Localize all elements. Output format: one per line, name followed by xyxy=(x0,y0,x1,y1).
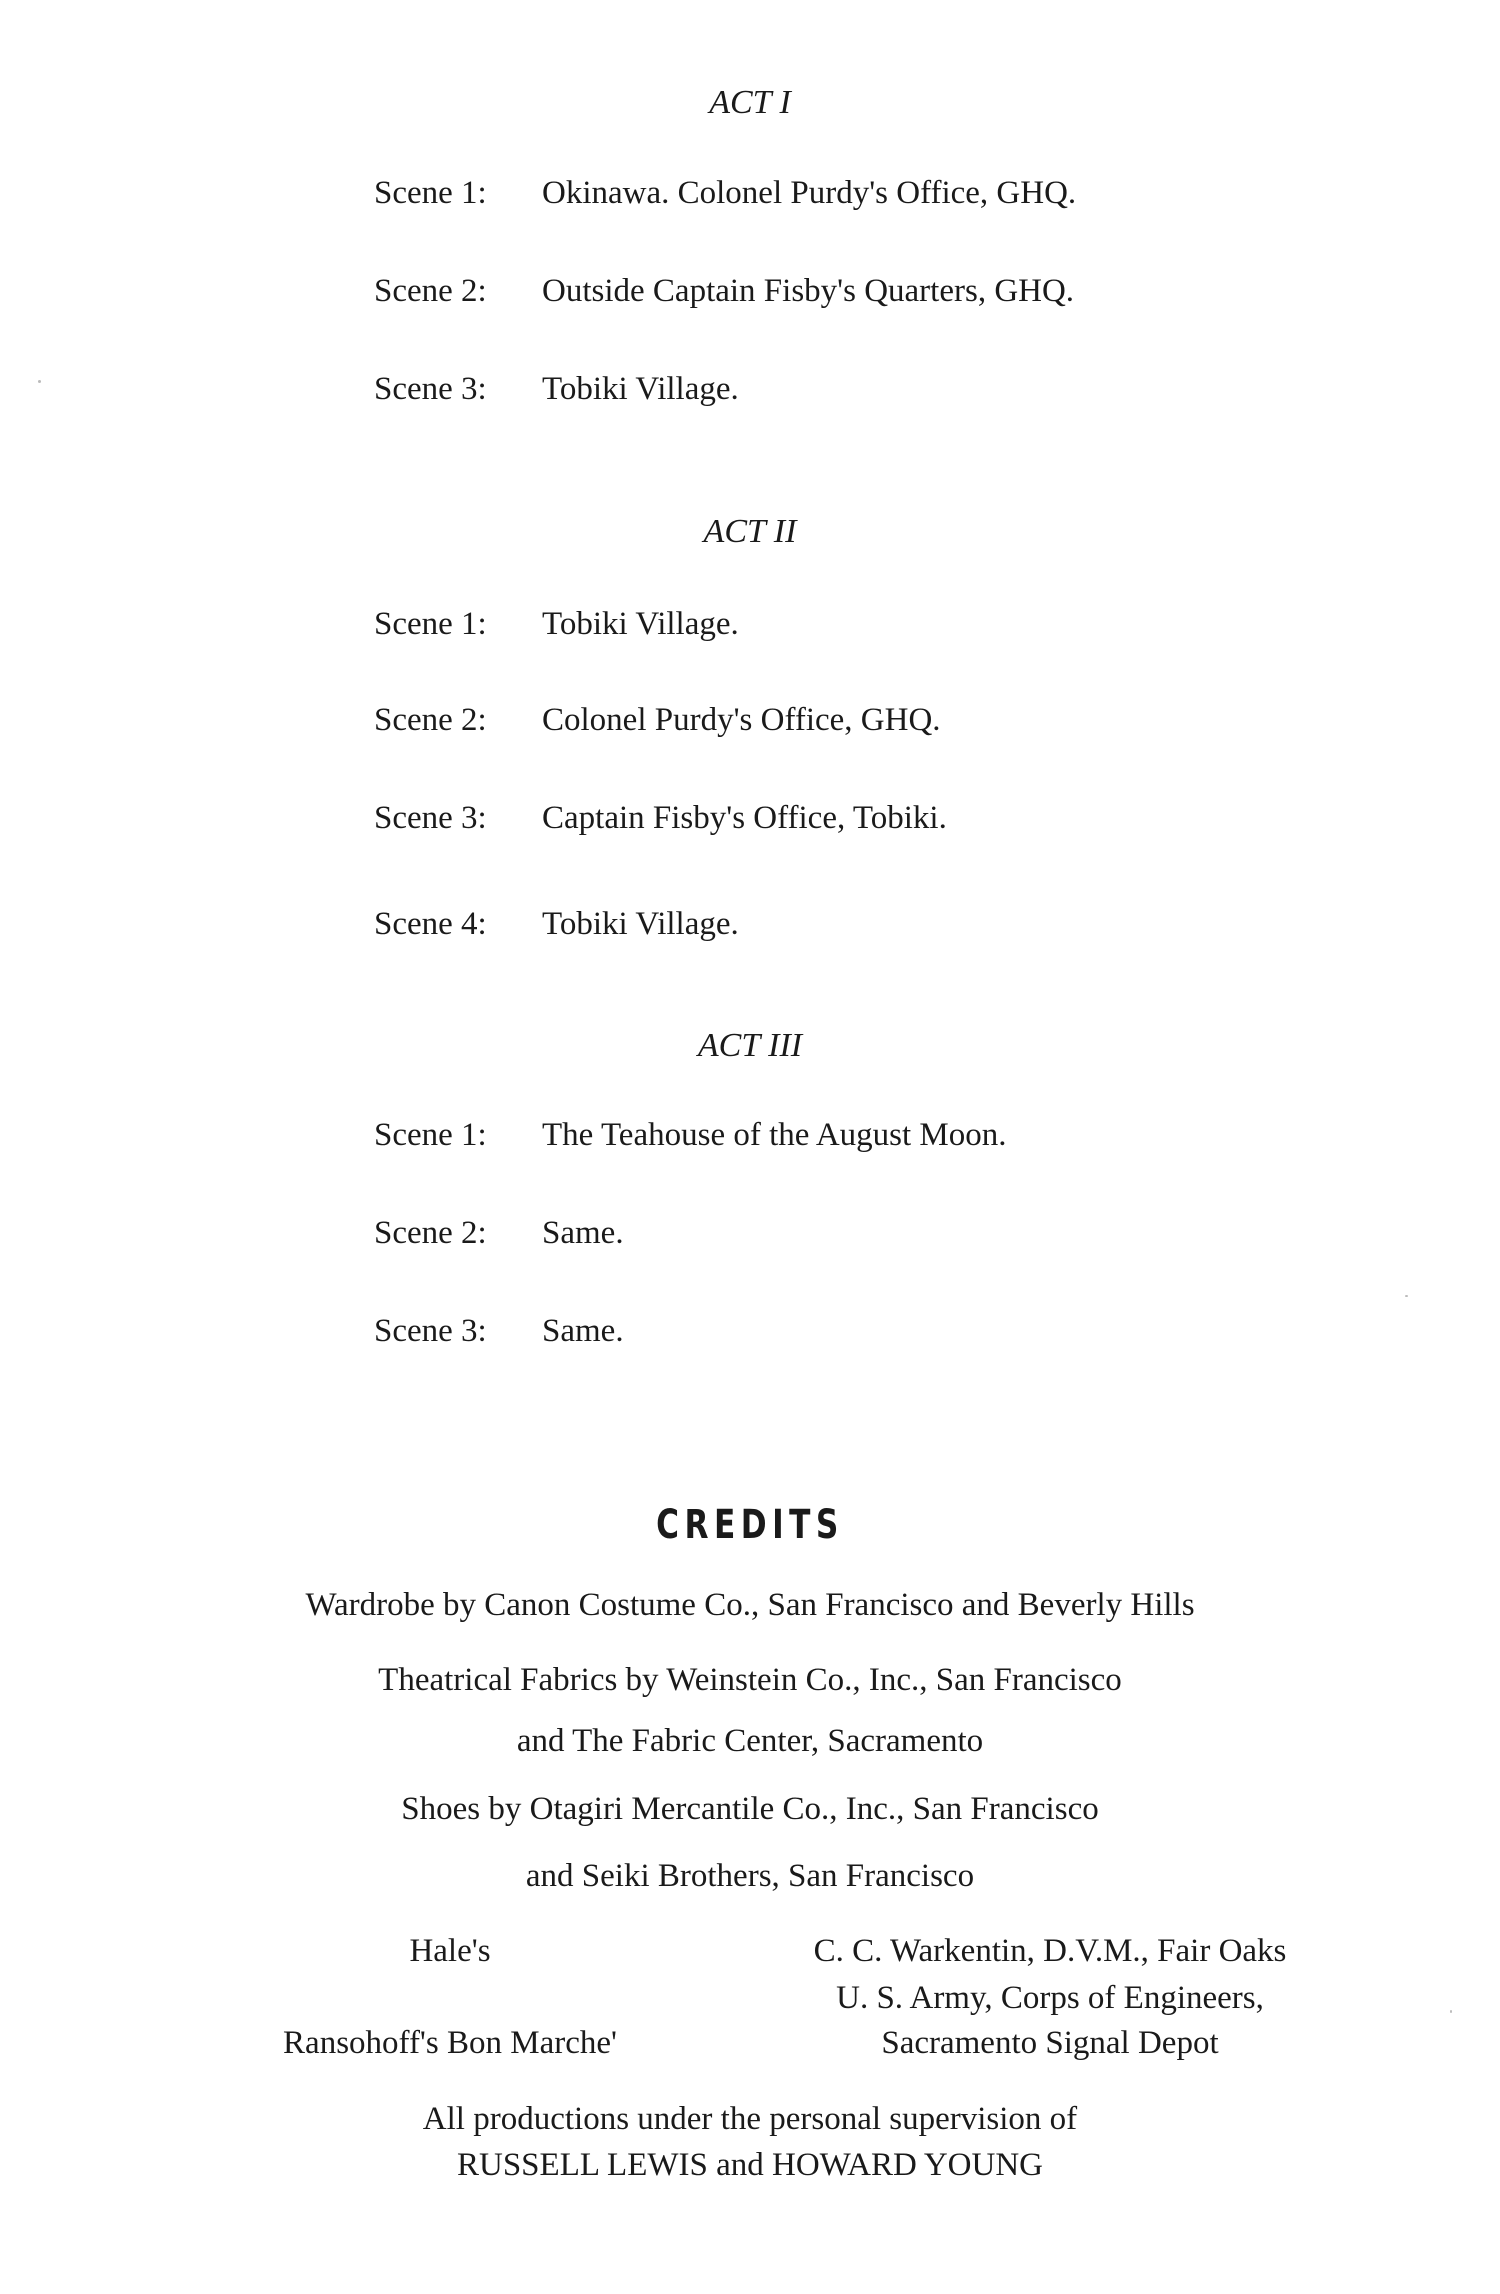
scene-setting: Outside Captain Fisby's Quarters, GHQ. xyxy=(542,273,1074,310)
scan-speck xyxy=(1405,1295,1408,1297)
scene-label: Scene 3: xyxy=(374,371,487,408)
scene-label: Scene 1: xyxy=(374,606,487,643)
scene-setting: Same. xyxy=(542,1215,624,1252)
scene-setting: Colonel Purdy's Office, GHQ. xyxy=(542,702,941,739)
scene-label: Scene 3: xyxy=(374,1313,487,1350)
scene-setting: Tobiki Village. xyxy=(542,606,739,643)
scene-setting: Tobiki Village. xyxy=(542,371,739,408)
credit-left-item: Ransohoff's Bon Marche' xyxy=(200,2025,700,2062)
act-title: ACT I xyxy=(0,84,1500,122)
scene-setting: Same. xyxy=(542,1313,624,1350)
credit-line: and The Fabric Center, Sacramento xyxy=(0,1723,1500,1760)
scene-label: Scene 2: xyxy=(374,1215,487,1252)
scene-label: Scene 1: xyxy=(374,1117,487,1154)
scene-label: Scene 2: xyxy=(374,273,487,310)
supervision-line: All productions under the personal super… xyxy=(0,2101,1500,2138)
credit-line: and Seiki Brothers, San Francisco xyxy=(0,1858,1500,1895)
scene-label: Scene 3: xyxy=(374,800,487,837)
scene-setting: Captain Fisby's Office, Tobiki. xyxy=(542,800,947,837)
scene-label: Scene 1: xyxy=(374,175,487,212)
credit-right-item: U. S. Army, Corps of Engineers, xyxy=(740,1980,1360,2017)
scan-speck xyxy=(1450,2010,1452,2013)
act-title: ACT II xyxy=(0,513,1500,551)
credit-right-item: C. C. Warkentin, D.V.M., Fair Oaks xyxy=(740,1933,1360,1970)
credits-heading: CREDITS xyxy=(165,1502,1335,1548)
credit-right-item: Sacramento Signal Depot xyxy=(740,2025,1360,2062)
credit-line: Wardrobe by Canon Costume Co., San Franc… xyxy=(0,1587,1500,1624)
credit-left-item: Hale's xyxy=(300,1933,600,1970)
supervision-names: RUSSELL LEWIS and HOWARD YOUNG xyxy=(0,2147,1500,2184)
scene-label: Scene 2: xyxy=(374,702,487,739)
act-title: ACT III xyxy=(0,1027,1500,1065)
scene-setting: Tobiki Village. xyxy=(542,906,739,943)
scene-label: Scene 4: xyxy=(374,906,487,943)
credit-line: Shoes by Otagiri Mercantile Co., Inc., S… xyxy=(0,1791,1500,1828)
scene-setting: Okinawa. Colonel Purdy's Office, GHQ. xyxy=(542,175,1076,212)
credit-line: Theatrical Fabrics by Weinstein Co., Inc… xyxy=(0,1662,1500,1699)
scan-speck xyxy=(38,380,41,383)
scene-setting: The Teahouse of the August Moon. xyxy=(542,1117,1007,1154)
